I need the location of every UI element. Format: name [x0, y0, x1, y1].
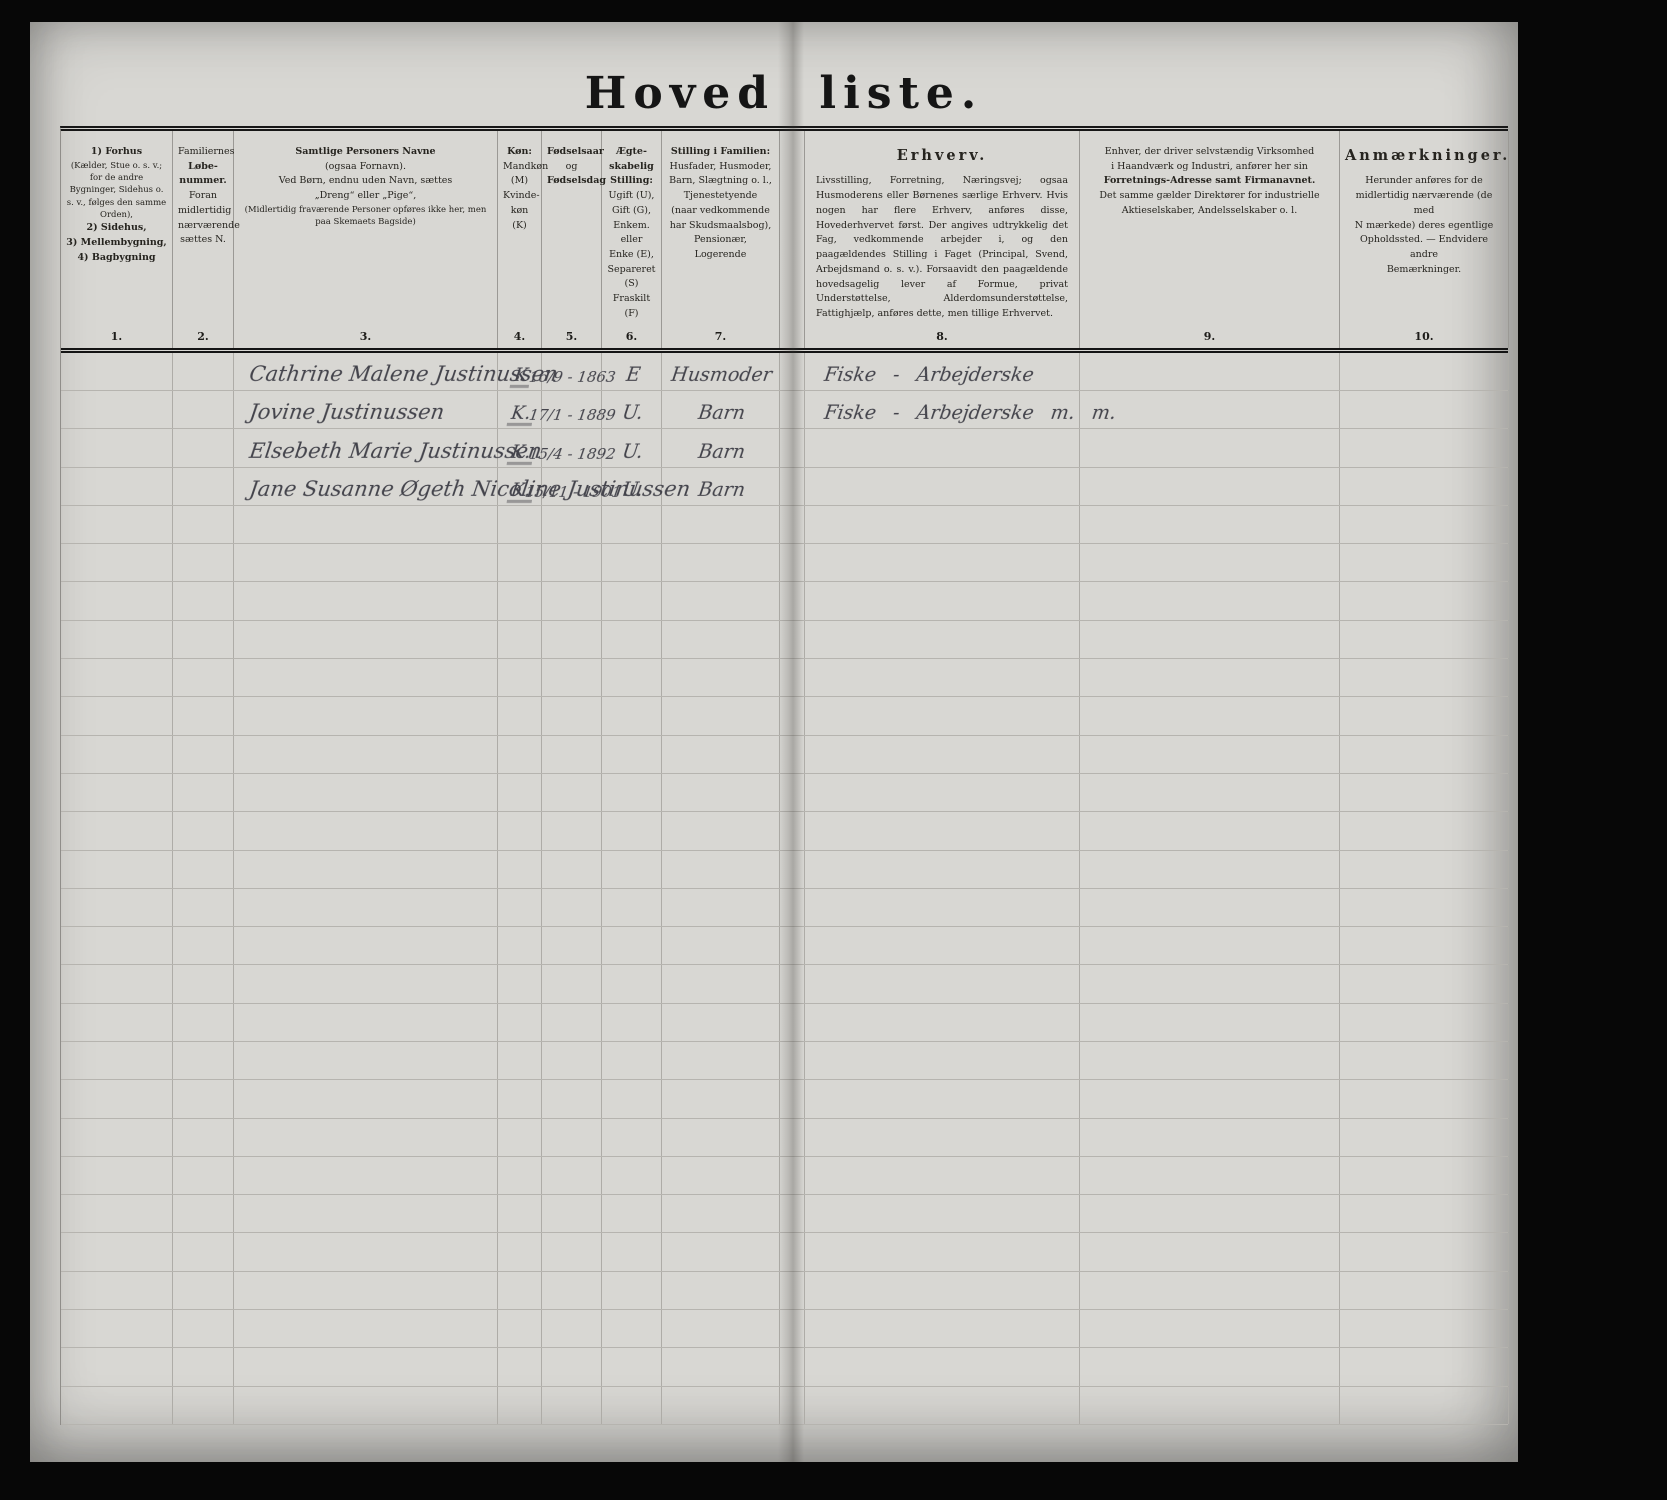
header-cell-text: FødselsaarogFødselsdag — [547, 145, 596, 189]
fold-gutter-cell — [780, 1119, 805, 1156]
cell-remarks — [1340, 582, 1509, 619]
cell-business-address — [1080, 1080, 1340, 1117]
cell-sex — [498, 1348, 542, 1385]
cell-marital-status — [602, 1387, 662, 1424]
table-row — [61, 774, 1508, 812]
cell-name — [234, 544, 498, 581]
cell-occupation — [805, 1042, 1080, 1079]
cell-marital-status — [602, 1233, 662, 1270]
table-row — [61, 1195, 1508, 1233]
cell-family-number — [173, 927, 234, 964]
fold-gutter-cell — [780, 429, 805, 466]
paper-sheet: Hoved liste. 1) Forhus(Kælder, Stue o. s… — [30, 22, 1518, 1462]
table-row: Elsebeth Marie JustinussenK.15/4 - 1892U… — [61, 429, 1508, 467]
header-cell-7: Stilling i Familien:Husfader, Husmoder,B… — [662, 131, 780, 348]
handwritten-marital-status: E — [625, 366, 642, 385]
cell-building — [61, 1272, 173, 1309]
cell-marital-status — [602, 774, 662, 811]
header-cell-1: 1) Forhus(Kælder, Stue o. s. v.; for de … — [61, 131, 173, 348]
cell-birth-date — [542, 1157, 602, 1194]
cell-name — [234, 1004, 498, 1041]
cell-marital-status — [602, 889, 662, 926]
cell-business-address — [1080, 889, 1340, 926]
cell-occupation — [805, 851, 1080, 888]
cell-family-position — [662, 544, 780, 581]
header-line: nummer. — [178, 174, 228, 189]
table-row — [61, 582, 1508, 620]
cell-marital-status — [602, 1004, 662, 1041]
table-row — [61, 697, 1508, 735]
cell-family-position — [662, 1387, 780, 1424]
scanned-census-page: { "title": "Hoved liste.", "colors": { "… — [0, 0, 1667, 1500]
cell-family-number — [173, 1387, 234, 1424]
cell-name — [234, 1042, 498, 1079]
cell-building — [61, 1080, 173, 1117]
cell-occupation — [805, 812, 1080, 849]
cell-business-address — [1080, 965, 1340, 1002]
cell-name — [234, 582, 498, 619]
cell-building — [61, 1310, 173, 1347]
cell-sex — [498, 544, 542, 581]
header-cell-10: Anmærkninger.Herunder anføres for demidl… — [1340, 131, 1509, 348]
handwritten-occupation: Fiske - Arbejderske m. m. — [823, 404, 1117, 423]
fold-gutter-cell — [780, 965, 805, 1002]
cell-family-position — [662, 621, 780, 658]
handwritten-name: Jovine Justinussen — [248, 402, 446, 423]
header-line: N mærkede) deres egentlige — [1345, 219, 1503, 234]
cell-building — [61, 659, 173, 696]
fold-gutter-cell — [780, 697, 805, 734]
cell-remarks — [1340, 1310, 1509, 1347]
cell-family-position — [662, 774, 780, 811]
cell-occupation: Fiske - Arbejderske m. m. — [805, 391, 1080, 428]
cell-building — [61, 582, 173, 619]
cell-family-number — [173, 889, 234, 926]
cell-birth-date — [542, 1042, 602, 1079]
fold-gutter-cell — [780, 1157, 805, 1194]
header-cell-text: Anmærkninger.Herunder anføres for demidl… — [1345, 145, 1503, 278]
cell-occupation — [805, 1080, 1080, 1117]
header-line: „Dreng“ eller „Pige“, — [239, 189, 492, 204]
cell-name — [234, 851, 498, 888]
cell-name — [234, 1080, 498, 1117]
cell-remarks — [1340, 1042, 1509, 1079]
table-row — [61, 927, 1508, 965]
cell-sex — [498, 1119, 542, 1156]
cell-birth-date — [542, 1233, 602, 1270]
cell-family-position — [662, 582, 780, 619]
table-row — [61, 659, 1508, 697]
fold-gutter-cell — [780, 1195, 805, 1232]
cell-business-address — [1080, 353, 1340, 390]
header-line: Opholdssted. — Endvidere andre — [1345, 233, 1503, 262]
header-cell-4: Køn:Mandkøn(M)Kvinde-køn (K)4. — [498, 131, 542, 348]
fold-gutter-cell — [780, 1348, 805, 1385]
cell-marital-status — [602, 965, 662, 1002]
cell-birth-date: 15/11 - 1901 — [542, 468, 602, 505]
cell-name — [234, 965, 498, 1002]
cell-birth-date — [542, 1310, 602, 1347]
cell-remarks — [1340, 1272, 1509, 1309]
cell-sex — [498, 621, 542, 658]
header-cell-8: Erhverv.Livsstilling, Forretning, Næring… — [805, 131, 1080, 348]
cell-remarks — [1340, 812, 1509, 849]
cell-birth-date: 15/4 - 1892 — [542, 429, 602, 466]
fold-gutter-cell — [780, 889, 805, 926]
cell-family-number — [173, 1310, 234, 1347]
column-number: 8. — [936, 322, 947, 346]
handwritten-occupation: Fiske - Arbejderske — [823, 366, 1035, 385]
cell-sex — [498, 927, 542, 964]
table-row: Jovine JustinussenK.17/1 - 1889U.BarnFis… — [61, 391, 1508, 429]
cell-family-position: Barn — [662, 429, 780, 466]
cell-building — [61, 1348, 173, 1385]
header-line: (Kælder, Stue o. s. v.; for de andre Byg… — [66, 160, 167, 222]
table-row — [61, 965, 1508, 1003]
cell-family-number — [173, 774, 234, 811]
cell-name: Elsebeth Marie Justinussen — [234, 429, 498, 466]
column-number: 6. — [626, 322, 637, 346]
cell-birth-date — [542, 774, 602, 811]
table-row — [61, 812, 1508, 850]
header-line: 4) Bagbygning — [66, 251, 167, 266]
header-line: Aktieselskaber, Andelsselskaber o. l. — [1085, 204, 1334, 219]
header-line: og — [547, 160, 596, 175]
column-number: 2. — [197, 322, 208, 346]
cell-name — [234, 1310, 498, 1347]
header-line: nærværende — [178, 219, 228, 234]
cell-family-number — [173, 697, 234, 734]
cell-marital-status — [602, 927, 662, 964]
cell-occupation: Fiske - Arbejderske — [805, 353, 1080, 390]
cell-marital-status — [602, 1272, 662, 1309]
cell-birth-date — [542, 1080, 602, 1117]
cell-birth-date — [542, 1348, 602, 1385]
header-line: skabelig — [607, 160, 656, 175]
cell-building — [61, 1195, 173, 1232]
header-line: Køn: — [503, 145, 536, 160]
cell-birth-date — [542, 965, 602, 1002]
cell-family-position — [662, 1042, 780, 1079]
cell-name — [234, 697, 498, 734]
cell-building — [61, 889, 173, 926]
cell-building — [61, 429, 173, 466]
handwritten-marital-status: U. — [621, 443, 644, 462]
header-line: (ogsaa Fornavn). — [239, 160, 492, 175]
cell-family-position — [662, 1195, 780, 1232]
header-line: Husfader, Husmoder, — [667, 160, 774, 175]
column-number: 3. — [360, 322, 371, 346]
cell-name — [234, 736, 498, 773]
cell-name — [234, 927, 498, 964]
cell-sex — [498, 774, 542, 811]
table-row — [61, 544, 1508, 582]
cell-business-address — [1080, 544, 1340, 581]
header-line: sættes N. — [178, 233, 228, 248]
cell-building — [61, 1119, 173, 1156]
cell-birth-date — [542, 659, 602, 696]
fold-gutter-cell — [780, 927, 805, 964]
cell-family-number — [173, 1272, 234, 1309]
cell-family-number — [173, 582, 234, 619]
cell-family-position — [662, 697, 780, 734]
cell-birth-date — [542, 812, 602, 849]
cell-family-position — [662, 1004, 780, 1041]
header-line: 1) Forhus — [66, 145, 167, 160]
fold-gutter-cell — [780, 851, 805, 888]
cell-occupation — [805, 468, 1080, 505]
fold-gutter-cell — [780, 1272, 805, 1309]
fold-gutter-cell — [780, 391, 805, 428]
cell-sex — [498, 1080, 542, 1117]
cell-name — [234, 1195, 498, 1232]
cell-sex — [498, 659, 542, 696]
header-line: Herunder anføres for de — [1345, 174, 1503, 189]
cell-name — [234, 1272, 498, 1309]
header-line: Mandkøn — [503, 160, 536, 175]
cell-occupation — [805, 621, 1080, 658]
handwritten-family-position: Barn — [697, 404, 746, 423]
header-line: Erhverv. — [810, 145, 1074, 167]
header-line: (naar vedkommende — [667, 204, 774, 219]
cell-occupation — [805, 927, 1080, 964]
table-row — [61, 1310, 1508, 1348]
fold-gutter-cell — [780, 1233, 805, 1270]
cell-marital-status — [602, 1348, 662, 1385]
cell-building — [61, 927, 173, 964]
cell-business-address — [1080, 697, 1340, 734]
header-line: Pensionær, Logerende — [667, 233, 774, 262]
cell-marital-status — [602, 621, 662, 658]
cell-name — [234, 889, 498, 926]
cell-remarks — [1340, 774, 1509, 811]
cell-occupation — [805, 1195, 1080, 1232]
cell-name — [234, 812, 498, 849]
table-row: Cathrine Malene JustinussenK16/9 - 1863E… — [61, 353, 1508, 391]
cell-family-number — [173, 391, 234, 428]
header-line: Livsstilling, Forretning, Næringsvej; og… — [810, 174, 1074, 321]
cell-occupation — [805, 697, 1080, 734]
cell-sex — [498, 697, 542, 734]
header-line: Enhver, der driver selvstændig Virksomhe… — [1085, 145, 1334, 160]
cell-family-number — [173, 1042, 234, 1079]
column-number: 10. — [1414, 322, 1433, 346]
table-row — [61, 621, 1508, 659]
cell-business-address — [1080, 736, 1340, 773]
header-line: Stilling i Familien: — [667, 145, 774, 160]
header-line: i Haandværk og Industri, anfører her sin — [1085, 160, 1334, 175]
header-line: (Midlertidig fraværende Personer opføres… — [239, 204, 492, 229]
column-number: 1. — [111, 322, 122, 346]
table-row — [61, 1042, 1508, 1080]
cell-birth-date: 16/9 - 1863 — [542, 353, 602, 390]
cell-occupation — [805, 659, 1080, 696]
table-row — [61, 889, 1508, 927]
fold-gutter-cell — [780, 1080, 805, 1117]
cell-sex — [498, 812, 542, 849]
header-line: Familiernes — [178, 145, 228, 160]
cell-remarks — [1340, 506, 1509, 543]
cell-sex — [498, 1004, 542, 1041]
column-number: 7. — [715, 322, 726, 346]
cell-birth-date — [542, 1387, 602, 1424]
cell-marital-status — [602, 544, 662, 581]
cell-family-position — [662, 1080, 780, 1117]
cell-remarks — [1340, 1348, 1509, 1385]
cell-name: Jovine Justinussen — [234, 391, 498, 428]
fold-gutter-cell — [780, 1310, 805, 1347]
header-cell-text: Samtlige Personers Navne(ogsaa Fornavn).… — [239, 145, 492, 229]
cell-birth-date — [542, 851, 602, 888]
cell-family-number — [173, 544, 234, 581]
cell-remarks — [1340, 927, 1509, 964]
table-row — [61, 1080, 1508, 1118]
cell-business-address — [1080, 506, 1340, 543]
cell-remarks — [1340, 851, 1509, 888]
cell-business-address — [1080, 621, 1340, 658]
cell-business-address — [1080, 391, 1340, 428]
cell-building — [61, 621, 173, 658]
cell-family-position — [662, 506, 780, 543]
cell-sex — [498, 736, 542, 773]
cell-family-number — [173, 468, 234, 505]
cell-name — [234, 1119, 498, 1156]
header-line: Enke (E), — [607, 248, 656, 263]
cell-business-address — [1080, 659, 1340, 696]
header-line: Tjenestetyende — [667, 189, 774, 204]
header-line: 2) Sidehus, — [66, 221, 167, 236]
fold-gutter-cell — [780, 468, 805, 505]
header-cell-5: FødselsaarogFødselsdag5. — [542, 131, 602, 348]
header-cell-text: Køn:Mandkøn(M)Kvinde-køn (K) — [503, 145, 536, 233]
cell-building — [61, 391, 173, 428]
cell-remarks — [1340, 1080, 1509, 1117]
cell-remarks — [1340, 697, 1509, 734]
cell-remarks — [1340, 353, 1509, 390]
cell-marital-status — [602, 812, 662, 849]
fold-gutter-cell — [780, 812, 805, 849]
header-line: Foran — [178, 189, 228, 204]
header-line: Bemærkninger. — [1345, 263, 1503, 278]
table-row — [61, 1233, 1508, 1271]
cell-sex — [498, 889, 542, 926]
cell-family-number — [173, 1157, 234, 1194]
header-line: Enkem. eller — [607, 219, 656, 248]
header-cell-3: Samtlige Personers Navne(ogsaa Fornavn).… — [234, 131, 498, 348]
cell-sex — [498, 1272, 542, 1309]
cell-name — [234, 1233, 498, 1270]
cell-family-number — [173, 965, 234, 1002]
cell-building — [61, 697, 173, 734]
handwritten-family-position: Husmoder — [670, 366, 773, 385]
header-cell-text: Enhver, der driver selvstændig Virksomhe… — [1085, 145, 1334, 219]
cell-birth-date — [542, 621, 602, 658]
cell-remarks — [1340, 391, 1509, 428]
fold-gutter-cell — [780, 353, 805, 390]
fold-gutter-cell — [780, 544, 805, 581]
fold-gutter-cell — [780, 736, 805, 773]
cell-remarks — [1340, 621, 1509, 658]
cell-remarks — [1340, 1233, 1509, 1270]
cell-occupation — [805, 1157, 1080, 1194]
header-line: Stilling: — [607, 174, 656, 189]
cell-remarks — [1340, 659, 1509, 696]
table-row — [61, 1119, 1508, 1157]
cell-family-number — [173, 353, 234, 390]
cell-sex — [498, 965, 542, 1002]
cell-business-address — [1080, 1042, 1340, 1079]
cell-sex — [498, 1042, 542, 1079]
cell-business-address — [1080, 774, 1340, 811]
cell-family-position — [662, 1157, 780, 1194]
cell-occupation — [805, 1004, 1080, 1041]
cell-marital-status — [602, 697, 662, 734]
column-number: 9. — [1204, 322, 1215, 346]
census-table: 1) Forhus(Kælder, Stue o. s. v.; for de … — [60, 126, 1508, 1425]
cell-marital-status — [602, 659, 662, 696]
cell-name — [234, 506, 498, 543]
header-line: Ægte- — [607, 145, 656, 160]
handwritten-birth-date: 17/1 - 1889 — [528, 408, 617, 423]
cell-occupation — [805, 1310, 1080, 1347]
cell-business-address — [1080, 429, 1340, 466]
cell-building — [61, 1387, 173, 1424]
fold-gutter-cell — [780, 1004, 805, 1041]
cell-birth-date — [542, 736, 602, 773]
cell-family-position — [662, 1348, 780, 1385]
cell-occupation — [805, 544, 1080, 581]
cell-birth-date — [542, 1119, 602, 1156]
cell-business-address — [1080, 1004, 1340, 1041]
cell-remarks — [1340, 429, 1509, 466]
cell-birth-date — [542, 927, 602, 964]
header-line: Samtlige Personers Navne — [239, 145, 492, 160]
cell-family-number — [173, 1233, 234, 1270]
handwritten-family-position: Barn — [697, 443, 746, 462]
table-row — [61, 1387, 1508, 1425]
cell-birth-date — [542, 544, 602, 581]
cell-family-number — [173, 1348, 234, 1385]
cell-family-position — [662, 927, 780, 964]
header-cell-6: Ægte-skabeligStilling:Ugift (U),Gift (G)… — [602, 131, 662, 348]
header-cell-text: Erhverv.Livsstilling, Forretning, Næring… — [810, 145, 1074, 322]
cell-family-number — [173, 1195, 234, 1232]
cell-business-address — [1080, 1310, 1340, 1347]
cell-business-address — [1080, 1233, 1340, 1270]
cell-remarks — [1340, 736, 1509, 773]
cell-birth-date — [542, 1004, 602, 1041]
cell-business-address — [1080, 1387, 1340, 1424]
cell-family-number — [173, 506, 234, 543]
cell-name — [234, 621, 498, 658]
cell-building — [61, 812, 173, 849]
cell-remarks — [1340, 889, 1509, 926]
cell-name: Jane Susanne Øgeth Nicoline Justinussen — [234, 468, 498, 505]
cell-marital-status — [602, 1310, 662, 1347]
table-row — [61, 506, 1508, 544]
cell-occupation — [805, 582, 1080, 619]
cell-business-address — [1080, 1272, 1340, 1309]
cell-occupation — [805, 1119, 1080, 1156]
handwritten-marital-status: U. — [621, 404, 644, 423]
cell-name — [234, 1348, 498, 1385]
table-row: Jane Susanne Øgeth Nicoline JustinussenK… — [61, 468, 1508, 506]
header-line: Fødselsaar — [547, 145, 596, 160]
cell-marital-status — [602, 1119, 662, 1156]
cell-family-position — [662, 1310, 780, 1347]
cell-occupation — [805, 889, 1080, 926]
header-line: har Skudsmaalsbog), — [667, 219, 774, 234]
